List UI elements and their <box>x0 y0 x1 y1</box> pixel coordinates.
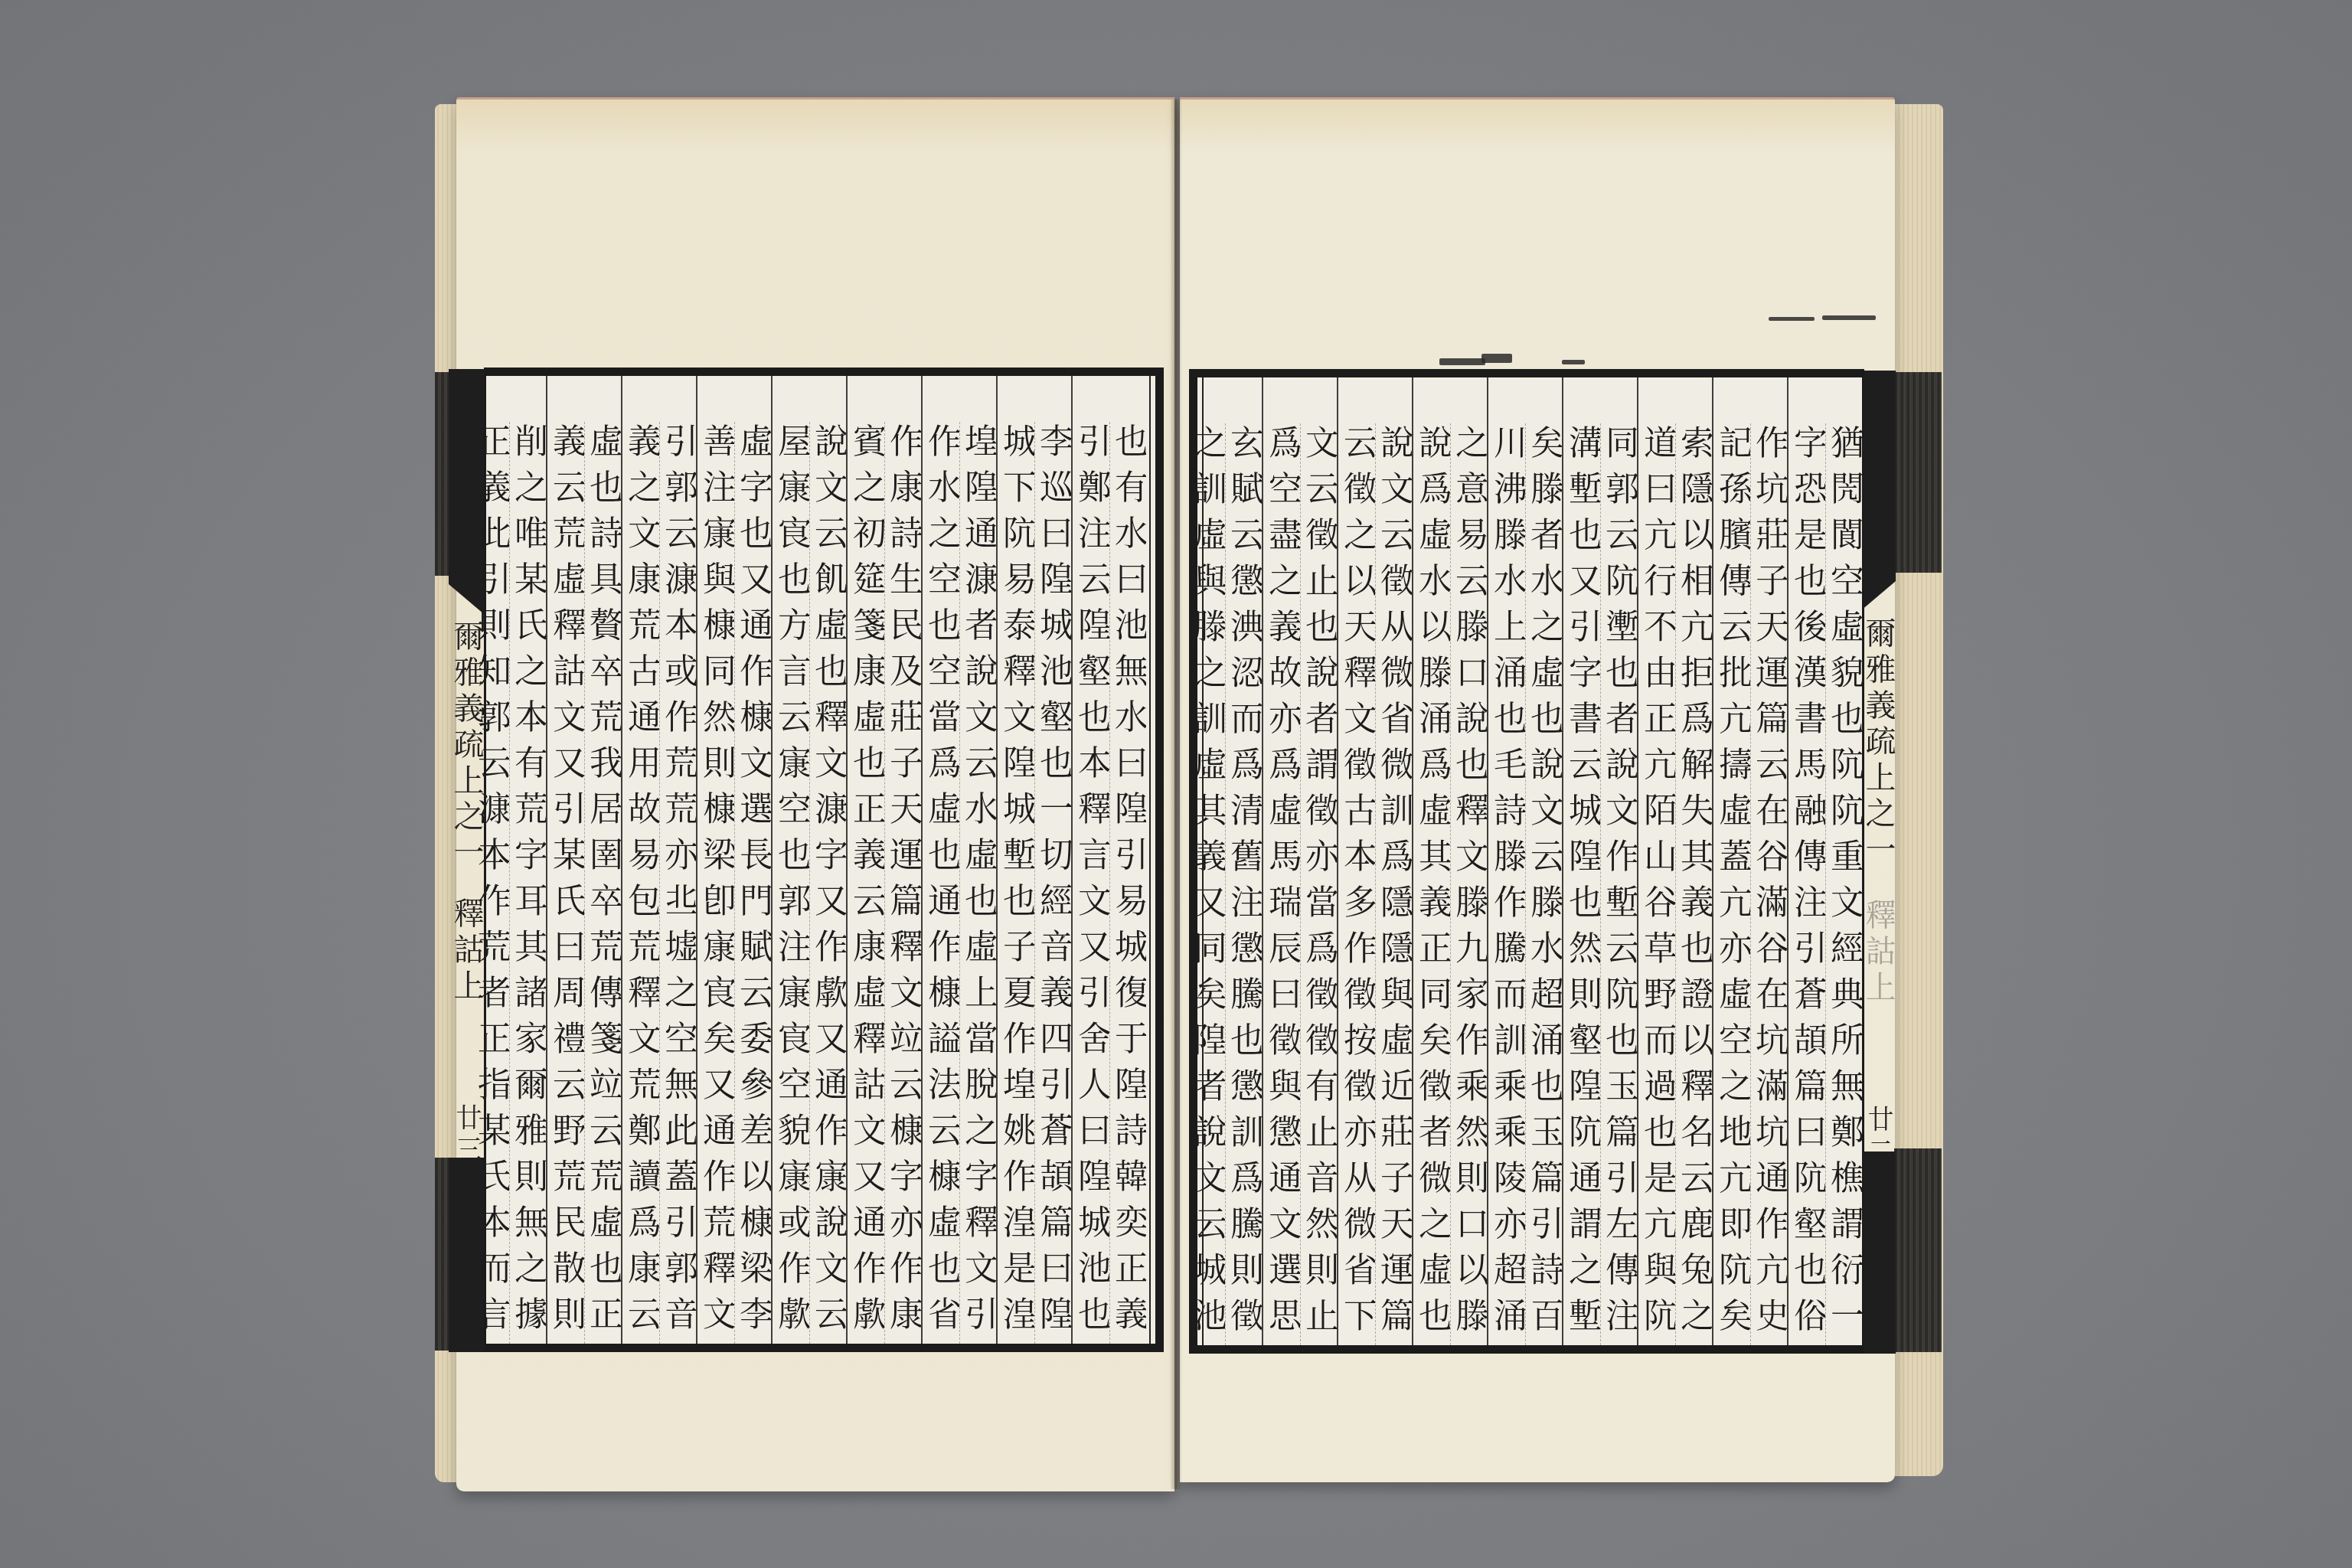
text-column: 字恐是也後漢書馬融傳注引蒼頡篇曰阬壑也俗 <box>1788 377 1825 1345</box>
text-column: 作水之空也空當爲虛也通作槺謚法云槺虛也省 <box>923 376 959 1344</box>
text-column: 善注㝩與槺同然則槺梁卽㝩㝗矣又通作荒釋文 <box>697 376 734 1344</box>
text-column: 虛字也又通作槺文選長門賦云委參差以槺梁李 <box>734 376 771 1344</box>
ink-smudge <box>1481 354 1512 363</box>
text-column: 引郭云漮本或作荒荒亦丠墟之空無此蓋引郭音 <box>659 376 696 1344</box>
ruled-line: 文云徵止也說者謂徵亦當爲徵徵有止音然則止 爲空盡之義故亦爲虛馬瑞辰曰徵與懲通文選… <box>1262 377 1337 1345</box>
text-column: 之意易云滕口說也釋文滕九家作乘然則口以滕 <box>1450 377 1487 1345</box>
text-column: 矣滕者水之虛也說文云滕水超涌也玉篇引詩百 <box>1525 377 1562 1345</box>
banxin-section-title: 釋詁上 <box>1860 899 1896 1007</box>
text-column: 之訓虛與滕之訓虛其義又同矣隍者說文云城池 <box>1188 377 1225 1345</box>
open-book: 爾雅義疏上之一 釋詁上 廿二 猶閌閬空虛貌也阬阬重文經典所無鄭樵謂衍一 字恐是也… <box>0 0 2352 1568</box>
text-column: 說文云徵从微省微訓爲隱隱與虛近莊子天運篇 <box>1375 377 1412 1345</box>
ruled-line: 同郭云阬壍也者說文作塹云阬也玉篇引左傳注 溝塹也又引字書云城隍也然則壑隍阬通謂之… <box>1562 377 1637 1345</box>
text-column: 也有水曰池無水曰隍引易城復于隍詩韓奕正義 <box>1109 376 1146 1344</box>
book-gutter <box>1170 100 1182 1489</box>
text-column: 虛也詩具贅卒荒我居圉卒荒傳箋竝云荒虛也正 <box>584 376 621 1344</box>
right-page-banxin: 爾雅義疏上之一 釋詁上 廿二 <box>1860 371 1896 1354</box>
text-column: 記孫臏傳云批亢擣虛蓋亢亦虛空之地亢即阬矣 <box>1713 377 1750 1345</box>
ruled-line: 削之唯某氏之本有荒字耳其諸家爾雅則無之據 正義此引則知郭云漮本作荒者正指某氏本而… <box>472 376 546 1344</box>
text-column: 玄賦云懲淟涊而爲清舊注懲騰也懲訓爲騰則徵 <box>1225 377 1262 1345</box>
ink-smudge <box>1439 358 1485 365</box>
ruled-lines: 猶閌閬空虛貌也阬阬重文經典所無鄭樵謂衍一 字恐是也後漢書馬融傳注引蒼頡篇曰阬壑也… <box>1207 377 1862 1345</box>
ruled-line: 索隱以相亢拒爲解失其義也證以釋名云鹿兔之 道曰亢行不由正亢陌山谷草野而過也是亢與… <box>1637 377 1712 1345</box>
ink-smudge <box>1562 360 1585 364</box>
text-column: 作康詩生民及莊子天運篇釋文竝云槺字亦作康 <box>884 376 921 1344</box>
ink-smudge <box>1822 315 1876 320</box>
ruled-lines: 也有水曰池無水曰隍引易城復于隍詩韓奕正義 引鄭注云隍壑也本釋言文又引舍人曰隍城池… <box>486 376 1146 1344</box>
text-column: 正義此引則知郭云漮本作荒者正指某氏本而言 <box>472 376 509 1344</box>
text-column: 爲空盡之義故亦爲虛馬瑞辰曰徵與懲通文選思 <box>1263 377 1300 1345</box>
text-column: 賓之初筵箋康虛也正義云康虛釋詁文又通作歑 <box>848 376 884 1344</box>
text-column: 溝塹也又引字書云城隍也然則壑隍阬通謂之塹 <box>1563 377 1600 1345</box>
text-column: 堭隍通漮者說文云水虛也虛上當脫之字釋文引 <box>959 376 996 1344</box>
text-column: 川沸滕水上涌也毛詩滕作騰而訓乘乘陵亦超涌 <box>1488 377 1525 1345</box>
text-column: 猶閌閬空虛貌也阬阬重文經典所無鄭樵謂衍一 <box>1825 377 1862 1345</box>
text-column: 屋㝩㝗也方言云㝩空也郭注㝩㝗空貌㝩或作歑 <box>773 376 809 1344</box>
right-page-text-block: 猶閌閬空虛貌也阬阬重文經典所無鄭樵謂衍一 字恐是也後漢書馬融傳注引蒼頡篇曰阬壑也… <box>1189 369 1864 1354</box>
text-column: 云徵之以天釋文徵古本多作徵按徵亦从微省下 <box>1338 377 1375 1345</box>
ruled-line: 堭隍通漮者說文云水虛也虛上當脫之字釋文引 作水之空也空當爲虛也通作槺謚法云槺虛也… <box>921 376 996 1344</box>
ruled-line: 作康詩生民及莊子天運篇釋文竝云槺字亦作康 賓之初筵箋康虛也正義云康虛釋詁文又通作… <box>846 376 921 1344</box>
text-column: 文云徵止也說者謂徵亦當爲徵徵有止音然則止 <box>1300 377 1337 1345</box>
text-column: 李巡曰隍城池壑也一切經音義四引蒼頡篇曰隍 <box>1034 376 1071 1344</box>
text-column: 削之唯某氏之本有荒字耳其諸家爾雅則無之據 <box>509 376 546 1344</box>
ruled-line: 李巡曰隍城池壑也一切經音義四引蒼頡篇曰隍 城下阬易泰釋文隍城塹也子夏作堭姚作湟是… <box>996 376 1071 1344</box>
banxin-black-mouth-bottom <box>1860 1151 1896 1354</box>
ruled-line: 虛也詩具贅卒荒我居圉卒荒傳箋竝云荒虛也正 義云荒虛釋詁文又引某氏曰周禮云野荒民散… <box>546 376 621 1344</box>
ruled-line: 虛字也又通作槺文選長門賦云委參差以槺梁李 善注㝩與槺同然則槺梁卽㝩㝗矣又通作荒釋… <box>696 376 771 1344</box>
text-column: 說文云飢虛也釋文漮字又作歑又通作㝩說文云 <box>809 376 846 1344</box>
right-stack-ink-bottom <box>1894 1148 1942 1352</box>
ruled-line: 矣滕者水之虛也說文云滕水超涌也玉篇引詩百 川沸滕水上涌也毛詩滕作騰而訓乘乘陵亦超… <box>1487 377 1562 1345</box>
text-column: 說爲虛水以滕涌爲虛其義正同矣徵者微之虛也 <box>1413 377 1450 1345</box>
text-column: 引鄭注云隍壑也本釋言文又引舍人曰隍城池也 <box>1073 376 1109 1344</box>
ruled-line: 也有水曰池無水曰隍引易城復于隍詩韓奕正義 引鄭注云隍壑也本釋言文又引舍人曰隍城池… <box>1071 376 1146 1344</box>
text-column: 義之文康荒古通用故易包荒釋文荒鄭讀爲康云 <box>622 376 659 1344</box>
ruled-line: 玄賦云懲淟涊而爲清舊注懲騰也懲訓爲騰則徵 之訓虛與滕之訓虛其義又同矣隍者說文云城… <box>1188 377 1262 1345</box>
ruled-line: 說文云飢虛也釋文漮字又作歑又通作㝩說文云 屋㝩㝗也方言云㝩空也郭注㝩㝗空貌㝩或作… <box>771 376 846 1344</box>
banxin-black-mouth-top <box>1860 371 1896 571</box>
fish-tail-mark <box>1860 571 1896 611</box>
ink-smudge <box>1769 317 1815 321</box>
text-column: 義云荒虛釋詁文又引某氏曰周禮云野荒民散則 <box>547 376 584 1344</box>
ruled-line: 作坑莊子天運篇云在谷滿谷在坑滿坑通作亢史 記孫臏傳云批亢擣虛蓋亢亦虛空之地亢即阬… <box>1712 377 1787 1345</box>
ruled-line: 猶閌閬空虛貌也阬阬重文經典所無鄭樵謂衍一 字恐是也後漢書馬融傳注引蒼頡篇曰阬壑也… <box>1787 377 1862 1345</box>
text-column: 道曰亢行不由正亢陌山谷草野而過也是亢與阬 <box>1638 377 1675 1345</box>
text-column: 作坑莊子天運篇云在谷滿谷在坑滿坑通作亢史 <box>1750 377 1787 1345</box>
text-column: 同郭云阬壍也者說文作塹云阬也玉篇引左傳注 <box>1600 377 1637 1345</box>
text-column: 索隱以相亢拒爲解失其義也證以釋名云鹿兔之 <box>1675 377 1712 1345</box>
left-page-text-block: 也有水曰池無水曰隍引易城復于隍詩韓奕正義 引鄭注云隍壑也本釋言文又引舍人曰隍城池… <box>484 367 1164 1352</box>
banxin-book-title: 爾雅義疏上之一 <box>1860 617 1896 869</box>
text-column: 城下阬易泰釋文隍城塹也子夏作堭姚作湟是湟 <box>998 376 1034 1344</box>
right-stack-ink-top <box>1894 372 1942 573</box>
ruled-line: 之意易云滕口說也釋文滕九家作乘然則口以滕 說爲虛水以滕涌爲虛其義正同矣徵者微之虛… <box>1412 377 1487 1345</box>
ruled-line: 說文云徵从微省微訓爲隱隱與虛近莊子天運篇 云徵之以天釋文徵古本多作徵按徵亦从微省… <box>1337 377 1412 1345</box>
ruled-line: 引郭云漮本或作荒荒亦丠墟之空無此蓋引郭音 義之文康荒古通用故易包荒釋文荒鄭讀爲康… <box>621 376 696 1344</box>
